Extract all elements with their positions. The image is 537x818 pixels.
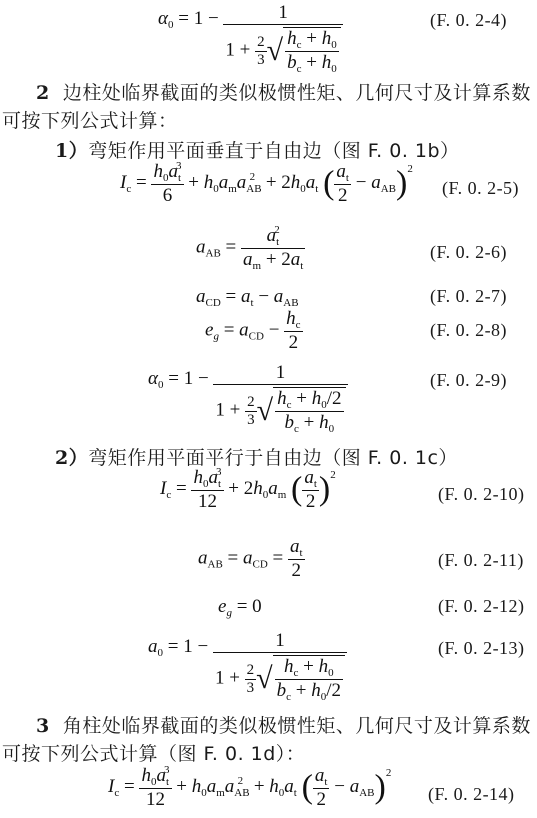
equation-F-0-2-4: α0 = 1 − 1 1 + 23√hc + h0bc + h0 [158,2,343,75]
equation-F-0-2-10: Ic = h0at312 + 2h0am (at2)2 [160,466,336,513]
equation-F-0-2-9: α0 = 1 − 1 1 + 23√hc + h0/2bc + h0 [148,362,348,435]
paragraph-text: 角柱处临界截面的类似极惯性矩、几何尺寸及计算系数 [63,715,531,737]
equation-label: (F. 0. 2-4) [430,10,507,31]
item-1-heading: 1）弯矩作用平面垂直于自由边（图 F. 0. 1b） [55,136,460,163]
section-number: 3 [36,715,50,737]
equation-label: (F. 0. 2-13) [438,638,525,659]
equation-label: (F. 0. 2-14) [428,784,515,805]
paragraph-3-line1: 3 角柱处临界截面的类似极惯性矩、几何尺寸及计算系数 [36,711,531,738]
equation-label: (F. 0. 2-11) [438,550,524,571]
paragraph-2-line2: 可按下列公式计算： [2,106,178,133]
fraction: 1 1 + 23√hc + h0bc + h0 [223,2,342,75]
paragraph-3-line2: 可按下列公式计算（图 F. 0. 1d）： [2,739,305,766]
equation-F-0-2-7: aCD = at − aAB [196,286,299,309]
paragraph-2-line1: 2 边柱处临界截面的类似极惯性矩、几何尺寸及计算系数 [36,78,531,105]
equation-label: (F. 0. 2-10) [438,484,525,505]
equation-label: (F. 0. 2-7) [430,286,507,307]
item-text: 弯矩作用平面垂直于自由边（图 F. 0. 1b） [88,140,459,162]
equation-label: (F. 0. 2-12) [438,596,525,617]
paragraph-text: 边柱处临界截面的类似极惯性矩、几何尺寸及计算系数 [63,82,531,104]
item-number: 1） [55,140,88,162]
equation-label: (F. 0. 2-5) [442,178,519,199]
equation-label: (F. 0. 2-6) [430,242,507,263]
equation-F-0-2-6: aAB = at2am + 2at [196,224,305,272]
equation-label: (F. 0. 2-8) [430,320,507,341]
equation-F-0-2-13: a0 = 1 − 1 1 + 23√hc + h0bc + h0/2 [148,630,347,703]
equation-F-0-2-14: Ic = h0at312 + h0amaAB2 + h0at (at2 − aA… [108,764,391,811]
item-number: 2） [55,447,88,469]
equation-F-0-2-11: aAB = aCD = at2 [198,536,305,582]
equation-F-0-2-8: eg = aCD − hc2 [205,308,303,354]
equation-label: (F. 0. 2-9) [430,370,507,391]
equation-F-0-2-12: eg = 0 [218,596,262,619]
equation-F-0-2-5: Ic = h0at36 + h0amaAB2 + 2h0at (at2 − aA… [120,160,413,207]
section-number: 2 [36,82,50,104]
